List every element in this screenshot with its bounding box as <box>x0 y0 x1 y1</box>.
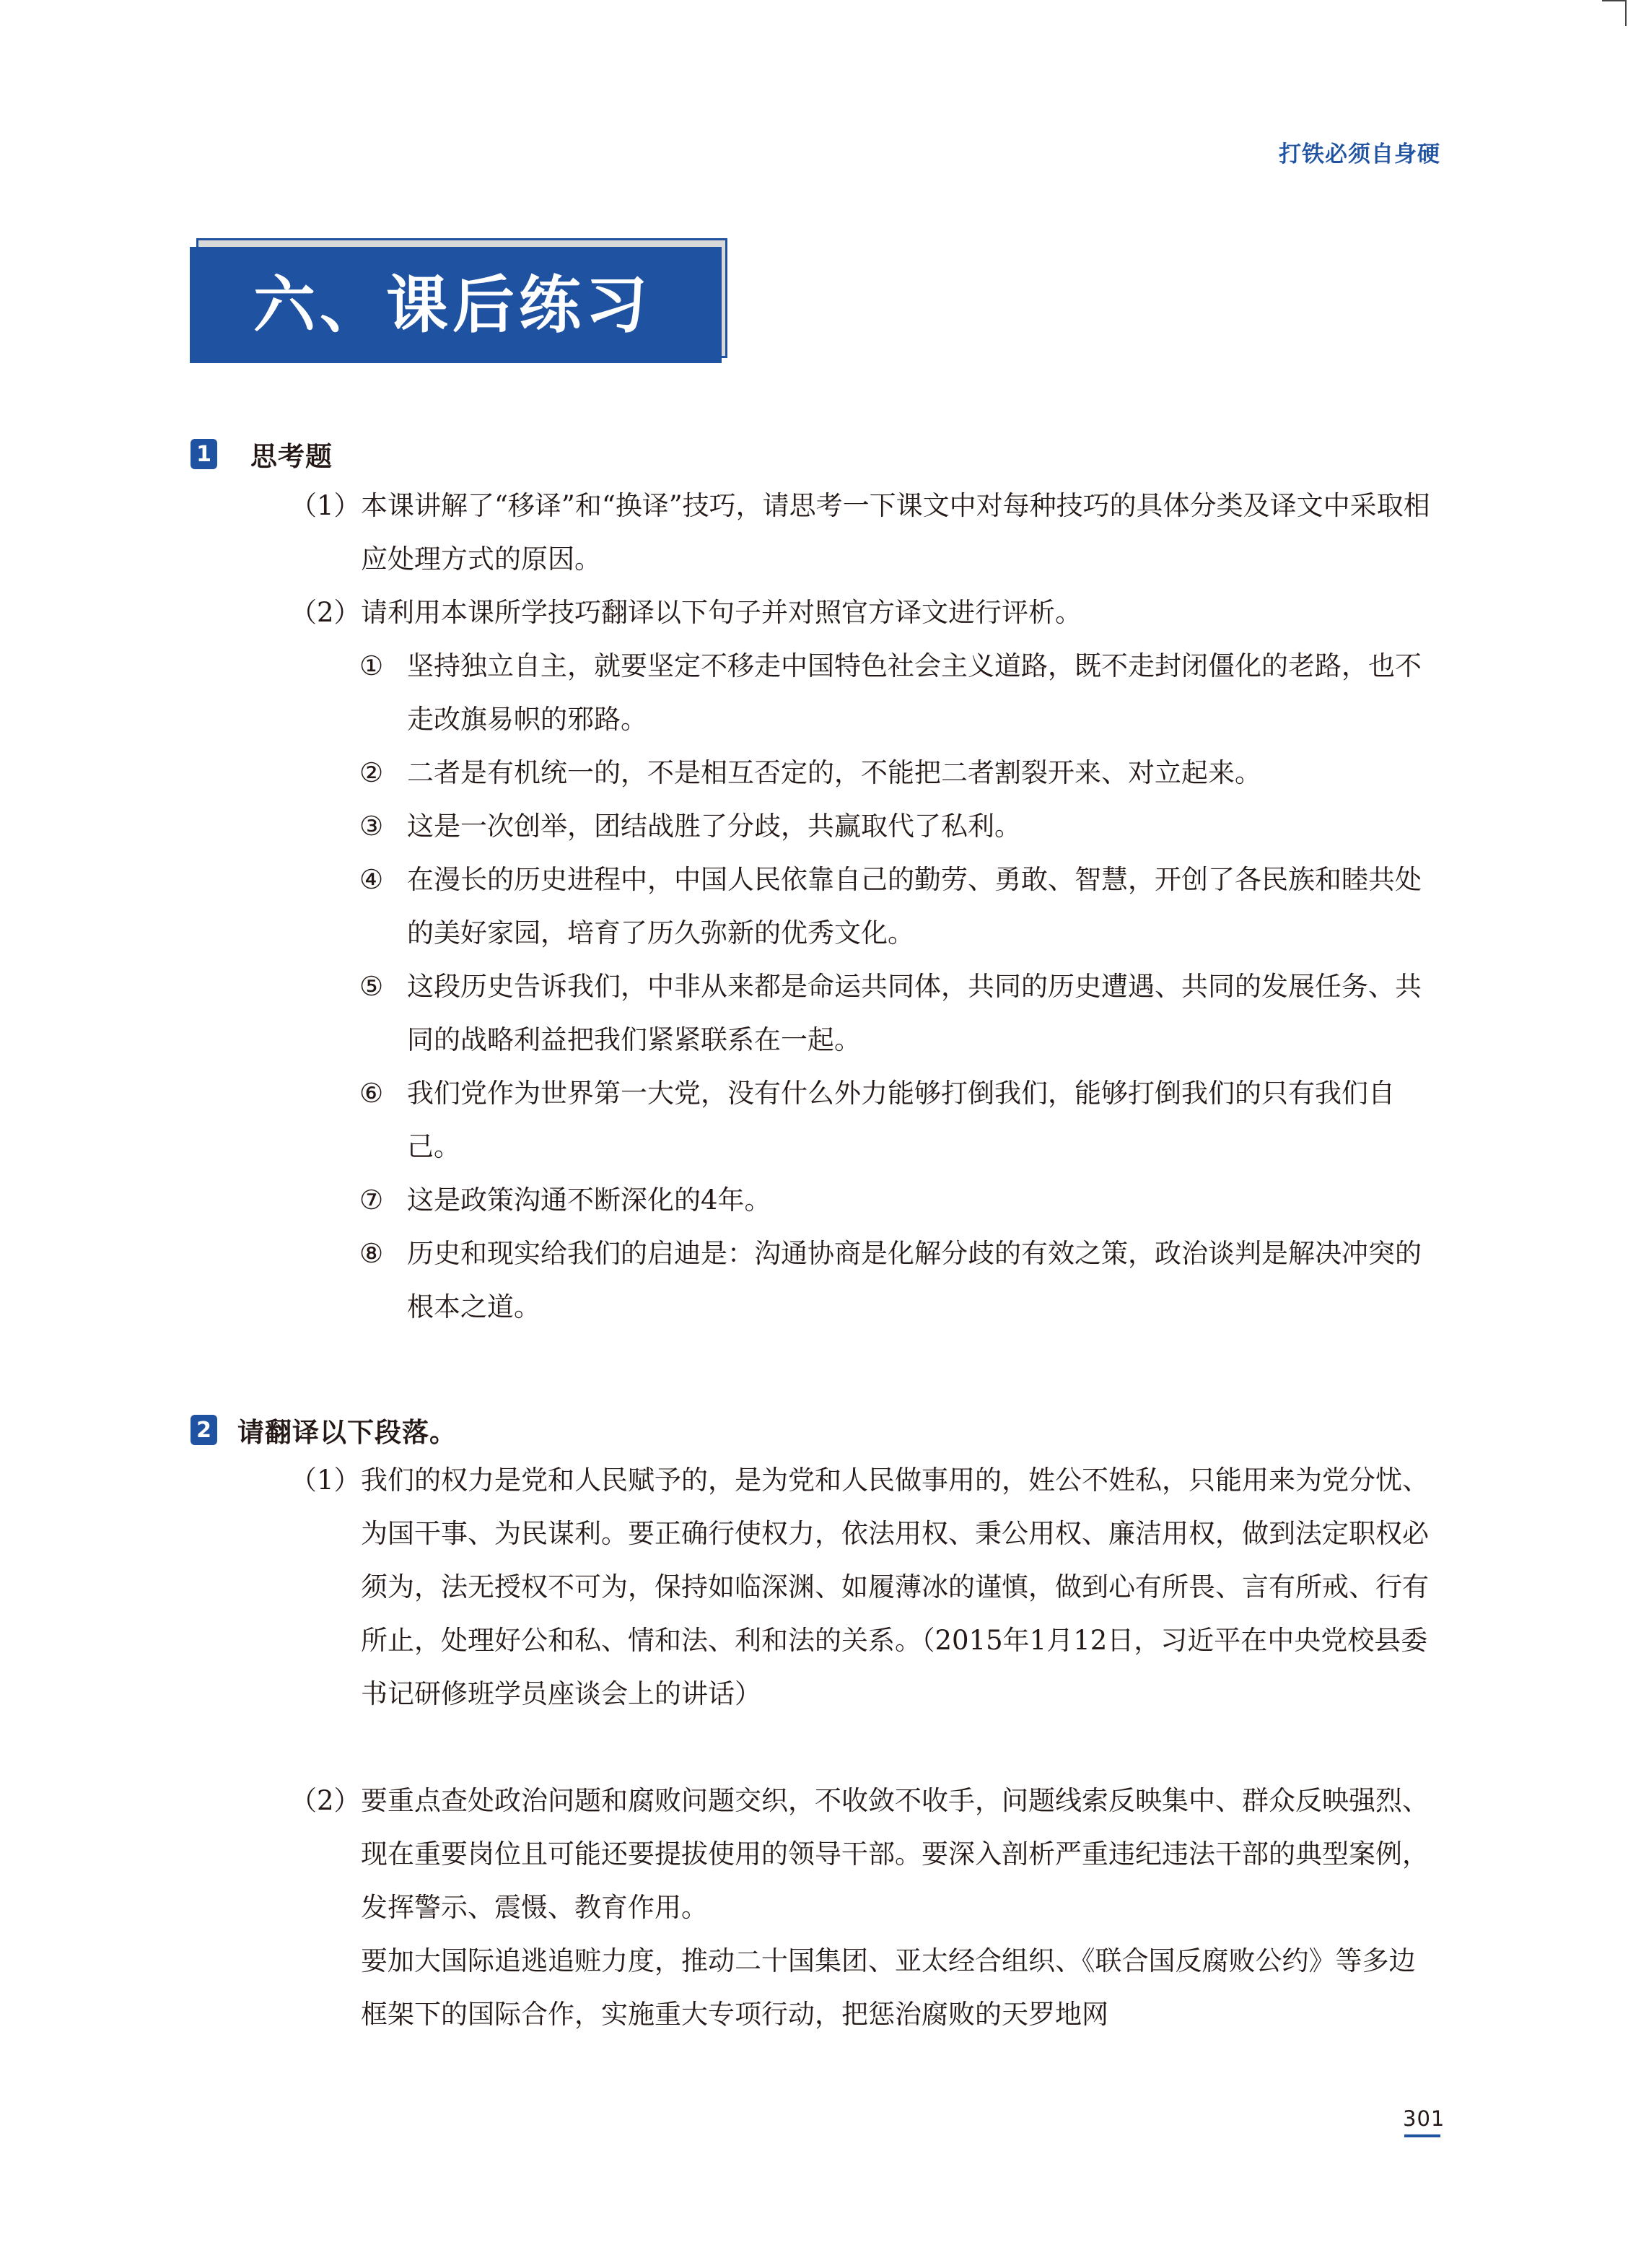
item-text: 历史和现实给我们的启迪是：沟通协商是化解分歧的有效之策，政治谈判是解决冲突的根本… <box>359 1227 1440 1334</box>
item-marker: ⑤ <box>359 960 383 1013</box>
sentence-item-4: ④ 在漫长的历史进程中，中国人民依靠自己的勤劳、勇敢、智慧，开创了各民族和睦共处… <box>359 853 1440 960</box>
item-text: 坚持独立自主，就要坚定不移走中国特色社会主义道路，既不走封闭僵化的老路，也不走改… <box>359 640 1440 746</box>
question-text: 本课讲解了“移译”和“换译”技巧，请思考一下课文中对每种技巧的具体分类及译文中采… <box>290 479 1440 586</box>
sentence-item-3: ③ 这是一次创举，团结战胜了分歧，共赢取代了私利。 <box>359 800 1440 853</box>
question-1-1: （1） 本课讲解了“移译”和“换译”技巧，请思考一下课文中对每种技巧的具体分类及… <box>290 479 1440 586</box>
sentence-item-6: ⑥ 我们党作为世界第一大党，没有什么外力能够打倒我们，能够打倒我们的只有我们自己… <box>359 1067 1440 1174</box>
section-title: 思考题 <box>250 435 333 474</box>
sentence-item-8: ⑧ 历史和现实给我们的启迪是：沟通协商是化解分歧的有效之策，政治谈判是解决冲突的… <box>359 1227 1440 1334</box>
item-text: 这段历史告诉我们，中非从来都是命运共同体，共同的历史遭遇、共同的发展任务、共同的… <box>359 960 1440 1067</box>
question-2-1: （1） 我们的权力是党和人民赋予的，是为党和人民做事用的，姓公不姓私，只能用来为… <box>290 1454 1440 1721</box>
section-number-badge: 2 <box>191 1415 217 1445</box>
item-marker: ④ <box>359 853 383 907</box>
sentence-item-2: ② 二者是有机统一的，不是相互否定的，不能把二者割裂开来、对立起来。 <box>359 746 1440 800</box>
item-text: 二者是有机统一的，不是相互否定的，不能把二者割裂开来、对立起来。 <box>359 746 1440 800</box>
item-marker: ① <box>359 640 383 693</box>
chapter-title-banner: 六、课后练习 <box>190 247 722 363</box>
crop-mark <box>1602 0 1627 26</box>
item-marker: ③ <box>359 800 383 853</box>
item-marker: ⑥ <box>359 1067 383 1120</box>
item-marker: ⑦ <box>359 1174 383 1227</box>
section-number-badge: 1 <box>191 439 217 469</box>
item-text: 我们党作为世界第一大党，没有什么外力能够打倒我们，能够打倒我们的只有我们自己。 <box>359 1067 1440 1174</box>
section-heading-2: 2 请翻译以下段落。 <box>191 1410 457 1449</box>
section-title: 请翻译以下段落。 <box>237 1410 457 1449</box>
question-label: （2） <box>290 586 361 640</box>
running-head: 打铁必须自身硬 <box>1279 136 1440 168</box>
question-2-2-continuation: 要加大国际追逃追赃力度，推动二十国集团、亚太经合组织、《联合国反腐败公约》等多边… <box>361 1935 1440 2041</box>
sentence-item-5: ⑤ 这段历史告诉我们，中非从来都是命运共同体，共同的历史遭遇、共同的发展任务、共… <box>359 960 1440 1067</box>
question-text: 要重点查处政治问题和腐败问题交织，不收敛不收手，问题线索反映集中、群众反映强烈、… <box>290 1774 1440 1935</box>
sentence-item-1: ① 坚持独立自主，就要坚定不移走中国特色社会主义道路，既不走封闭僵化的老路，也不… <box>359 640 1440 746</box>
question-text: 我们的权力是党和人民赋予的，是为党和人民做事用的，姓公不姓私，只能用来为党分忧、… <box>290 1454 1440 1721</box>
section-heading-1: 1 思考题 <box>191 435 333 474</box>
question-label: （1） <box>290 479 361 533</box>
question-text: 请利用本课所学技巧翻译以下句子并对照官方译文进行评析。 <box>290 586 1440 640</box>
sentence-item-7: ⑦ 这是政策沟通不断深化的4年。 <box>359 1174 1440 1227</box>
question-label: （2） <box>290 1774 361 1828</box>
question-2-2: （2） 要重点查处政治问题和腐败问题交织，不收敛不收手，问题线索反映集中、群众反… <box>290 1774 1440 1935</box>
item-marker: ② <box>359 746 383 800</box>
page-number-underline <box>1404 2134 1440 2137</box>
question-1-2: （2） 请利用本课所学技巧翻译以下句子并对照官方译文进行评析。 <box>290 586 1440 640</box>
page-number: 301 <box>1403 2106 1445 2131</box>
question-label: （1） <box>290 1454 361 1507</box>
item-marker: ⑧ <box>359 1227 383 1281</box>
item-text: 这是政策沟通不断深化的4年。 <box>359 1174 1440 1227</box>
item-text: 在漫长的历史进程中，中国人民依靠自己的勤劳、勇敢、智慧，开创了各民族和睦共处的美… <box>359 853 1440 960</box>
chapter-title: 六、课后练习 <box>253 274 652 336</box>
item-text: 这是一次创举，团结战胜了分歧，共赢取代了私利。 <box>359 800 1440 853</box>
